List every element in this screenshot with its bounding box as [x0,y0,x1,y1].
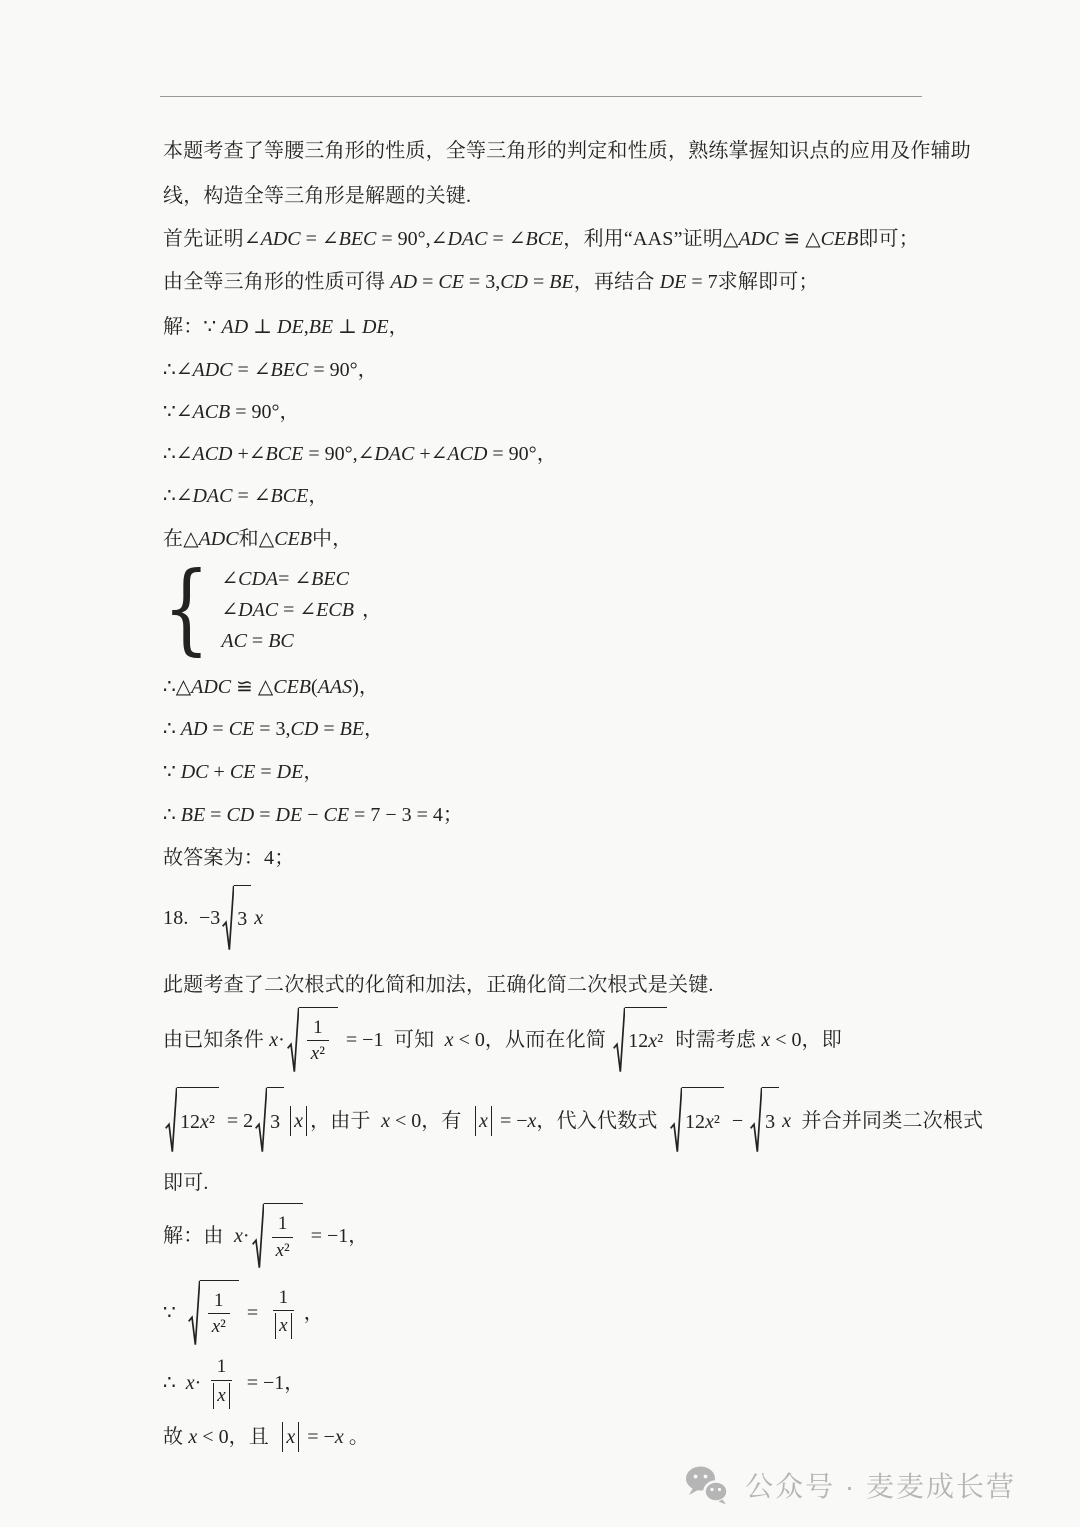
step-line: ∵ 1x² = 1x， [163,1280,938,1347]
text: ， [348,1223,368,1249]
text: 18. [163,905,199,931]
sqrt-radical: 3 [255,1087,284,1154]
radical-sign-icon [222,885,234,952]
text: 首先证明 [163,226,244,252]
step-line: 解：由 x·1x² = −1， [163,1203,938,1270]
numerator: 1 [272,1213,294,1238]
denominator: x² [305,1041,331,1065]
math-text: x· [269,1027,285,1053]
absolute-value: x [213,1383,229,1409]
radicand: 3 [234,885,251,952]
text: ，再结合 [574,269,660,295]
math-text: x² [212,1316,226,1338]
sqrt-radical: 1x² [287,1007,338,1074]
math-text: x [479,1108,488,1134]
math-text: 12x² [685,1109,720,1135]
footer-label: 公众号 · 麦麦成长营 [745,1465,1016,1505]
step-line: 解：∵ AD ⊥ DE,BE ⊥ DE， [163,314,938,340]
radical-sign-icon [165,1087,177,1154]
system-tail: ， [362,597,382,623]
math-text: = [242,1300,263,1326]
denominator: x [204,1381,238,1409]
math-text: = −x [495,1108,536,1134]
text: 本题考查了等腰三角形的性质，全等三角形的判定和性质，熟练掌握知识点的应用及作辅助 [163,138,971,164]
math-text: = −x [302,1424,343,1450]
radicand: 3 [762,1087,779,1154]
step-line: ∴△ADC ≌ △CEB(AAS)， [163,674,938,700]
step-line: ∴ AD = CE = 3,CD = BE， [163,716,938,742]
step-line: ∵ DC + CE = DE， [163,759,938,785]
radicand: 3 [267,1087,284,1154]
system-row: ∠CDA= ∠BEC [221,566,354,592]
wechat-icon [684,1465,730,1505]
denominator: x [266,1311,300,1339]
math-text: = −1 [306,1223,349,1249]
text: 在 [163,526,183,552]
fraction: 1x [204,1356,238,1409]
math-text: x² [311,1043,325,1065]
solution-text-body: 本题考查了等腰三角形的性质，全等三角形的判定和性质，熟练掌握知识点的应用及作辅助… [163,138,938,1452]
math-text: 12x² [628,1028,663,1054]
math-text: 1 [278,1213,288,1235]
answer-18-line: 18. −33x [163,885,938,952]
top-divider [160,96,922,97]
math-text: 3 [237,906,247,932]
math-text: ∴ x· [163,1370,201,1396]
math-text: △CEB [259,526,312,552]
text: ，即 [802,1027,842,1053]
text: 并合并同类二次根式 [791,1108,983,1134]
system-rows: ∠CDA= ∠BEC∠DAC = ∠ECBAC = BC [221,566,354,654]
math-text: x [217,1385,225,1407]
math-text: ∴ BE = CD = DE − CE = 7 − 3 = 4 [163,802,443,828]
sqrt-radical: 12x² [165,1087,219,1154]
sqrt-radical: 1x² [252,1203,303,1270]
math-text: ∴∠DAC = ∠BCE [163,483,308,509]
para-line-1: 本题考查了等腰三角形的性质，全等三角形的判定和性质，熟练掌握知识点的应用及作辅助 [163,138,938,164]
math-text: ∠DAC = ∠ECB [221,597,354,623]
text: 由已知条件 [163,1027,269,1053]
text: ； [443,802,463,828]
math-text: −3 [199,905,220,931]
absolute-value: x [275,1313,291,1339]
math-text: x² [276,1240,290,1262]
math-text: 1 [217,1356,227,1378]
text: 此题考查了二次根式的化简和加法，正确化简二次根式是关键. [163,972,714,998]
step-line: 在△ADC和△CEB中， [163,526,938,552]
radical-sign-icon [613,1007,625,1074]
step-line: ∴∠ADC = ∠BEC = 90°， [163,357,938,383]
text: ， [537,441,557,467]
text: 可知 [383,1027,444,1053]
math-text: AD ⊥ DE,BE ⊥ DE [222,314,389,340]
answer-line: 故答案为：4； [163,845,938,871]
text: ， [304,1300,324,1326]
sqrt-radical: 3 [222,885,251,952]
text: 解：∵ [163,314,222,340]
numerator: 1 [211,1356,233,1381]
math-text: = 2 [222,1108,253,1134]
math-text: 3 [765,1109,775,1135]
text: 线，构造全等三角形是解题的关键. [163,183,471,209]
math-text: ∴∠ADC = ∠BEC = 90° [163,357,358,383]
math-text: = −1 [242,1370,285,1396]
text: ， [303,759,323,785]
sqrt-radical: 3 [750,1087,779,1154]
absolute-value: x [475,1106,492,1136]
fraction: 1x² [206,1290,232,1339]
text: 求解即可； [718,269,819,295]
text: 中， [312,526,352,552]
math-text: x [294,1108,303,1134]
text: 即可. [163,1170,209,1196]
text: 时需考虑 [670,1027,761,1053]
math-text: ∠ADC = ∠BEC = 90°,∠DAC = ∠BCE [244,226,563,252]
text: ，且 [229,1424,280,1450]
sqrt-radical: 12x² [613,1007,667,1074]
math-text: 1 [279,1287,289,1309]
step-line: ∴∠ACD +∠BCE = 90°,∠DAC +∠ACD = 90°， [163,441,938,467]
text: 解：由 [163,1223,234,1249]
sqrt-radical: 1x² [188,1280,239,1347]
step-line: 故 x < 0，且 x = −x 。 [163,1422,938,1452]
radicand: 1x² [264,1203,303,1270]
fraction: 1x² [305,1017,331,1066]
math-text: ∴△ADC ≌ △CEB(AAS) [163,674,359,700]
math-text: − [727,1108,748,1134]
analysis-line-2: 由全等三角形的性质可得 AD = CE = 3,CD = BE，再结合 DE =… [163,269,938,295]
text: ，有 [421,1108,472,1134]
analysis-line-1: 首先证明∠ADC = ∠BEC = 90°,∠DAC = ∠BCE，利用“AAS… [163,226,938,252]
math-text: ∠CDA= ∠BEC [221,566,349,592]
math-text: ∴∠ACD +∠BCE = 90°,∠DAC +∠ACD = 90° [163,441,537,467]
equation-system: {∠CDA= ∠BEC∠DAC = ∠ECBAC = BC， [163,566,938,654]
radical-sign-icon [670,1087,682,1154]
math-text: ∵ DC + CE = DE [163,759,303,785]
radical-sign-icon [750,1087,762,1154]
math-text: x [279,1315,287,1337]
radicand: 1x² [200,1280,239,1347]
math-text: 12x² [180,1109,215,1135]
step-line: ∴ x·1x = −1， [163,1356,938,1409]
para-line-2: 线，构造全等三角形是解题的关键. [163,183,938,209]
radicand: 12x² [177,1087,219,1154]
math-text: x < 0 [188,1424,228,1450]
analysis-line: 即可. [163,1170,938,1196]
text: ，从而在化简 [485,1027,611,1053]
analysis-line: 由已知条件 x·1x² = −1 可知 x < 0，从而在化简 12x² 时需考… [163,1007,938,1074]
radicand: 12x² [625,1007,667,1074]
text: 故 [163,1424,188,1450]
radical-sign-icon [287,1007,299,1074]
text: ，由于 [310,1108,381,1134]
text: ， [358,357,378,383]
denominator: x² [206,1314,232,1338]
step-line: ∴ BE = CD = DE − CE = 7 − 3 = 4； [163,802,938,828]
absolute-value: x [282,1422,299,1452]
math-text: ∴ AD = CE = 3,CD = BE [163,716,364,742]
text: 故答案为：4； [163,845,294,871]
math-text: x [286,1424,295,1450]
radical-sign-icon [252,1203,264,1270]
numerator: 1 [273,1287,295,1312]
comment-line: 此题考查了二次根式的化简和加法，正确化简二次根式是关键. [163,972,938,998]
math-text: x [782,1108,791,1134]
text: 和 [239,526,259,552]
denominator: x² [270,1238,296,1262]
math-text: x· [234,1223,250,1249]
watermark-footer: 公众号 · 麦麦成长营 [684,1465,1016,1505]
text: ， [280,399,300,425]
text: ， [359,674,379,700]
numerator: 1 [208,1290,230,1315]
radicand: 12x² [682,1087,724,1154]
math-text: 1 [214,1290,224,1312]
radical-sign-icon [188,1280,200,1347]
radical-sign-icon [255,1087,267,1154]
text: 由全等三角形的性质可得 [163,269,390,295]
text: ， [364,716,384,742]
math-text: x < 0 [381,1108,421,1134]
radicand: 1x² [299,1007,338,1074]
text: ， [308,483,328,509]
text: ，利用“AAS”证明 [563,226,723,252]
math-text: △ADC ≌ △CEB [723,226,858,252]
text: 即可； [858,226,919,252]
numerator: 1 [307,1017,329,1042]
math-text: 3 [270,1109,280,1135]
text: ，代入代数式 [536,1108,668,1134]
system-row: AC = BC [221,628,354,654]
text: ， [284,1370,304,1396]
step-line: ∵∠ACB = 90°， [163,399,938,425]
sqrt-radical: 12x² [670,1087,724,1154]
document-page: 本题考查了等腰三角形的性质，全等三角形的判定和性质，熟练掌握知识点的应用及作辅助… [0,0,1080,1527]
math-text: AD = CE = 3,CD = BE [390,269,573,295]
math-text: 1 [313,1017,323,1039]
fraction: 1x² [270,1213,296,1262]
math-text: ∵ [163,1300,186,1326]
text: ， [389,314,409,340]
analysis-line: 12x² = 23x，由于 x < 0，有 x = −x，代入代数式 12x² … [163,1087,938,1154]
system-row: ∠DAC = ∠ECB [221,597,354,623]
math-text: x [254,905,263,931]
absolute-value: x [290,1106,307,1136]
math-text: AC = BC [221,628,293,654]
math-text: = −1 [341,1027,384,1053]
math-text: x < 0 [445,1027,485,1053]
math-text: DE = 7 [660,269,718,295]
math-text: x < 0 [761,1027,801,1053]
step-line: ∴∠DAC = ∠BCE， [163,483,938,509]
math-text: ∵∠ACB = 90° [163,399,280,425]
system-brace: { [163,568,210,651]
fraction: 1x [266,1287,300,1340]
math-text: △ADC [183,526,238,552]
text: ， [362,599,382,621]
text: 。 [344,1424,369,1450]
